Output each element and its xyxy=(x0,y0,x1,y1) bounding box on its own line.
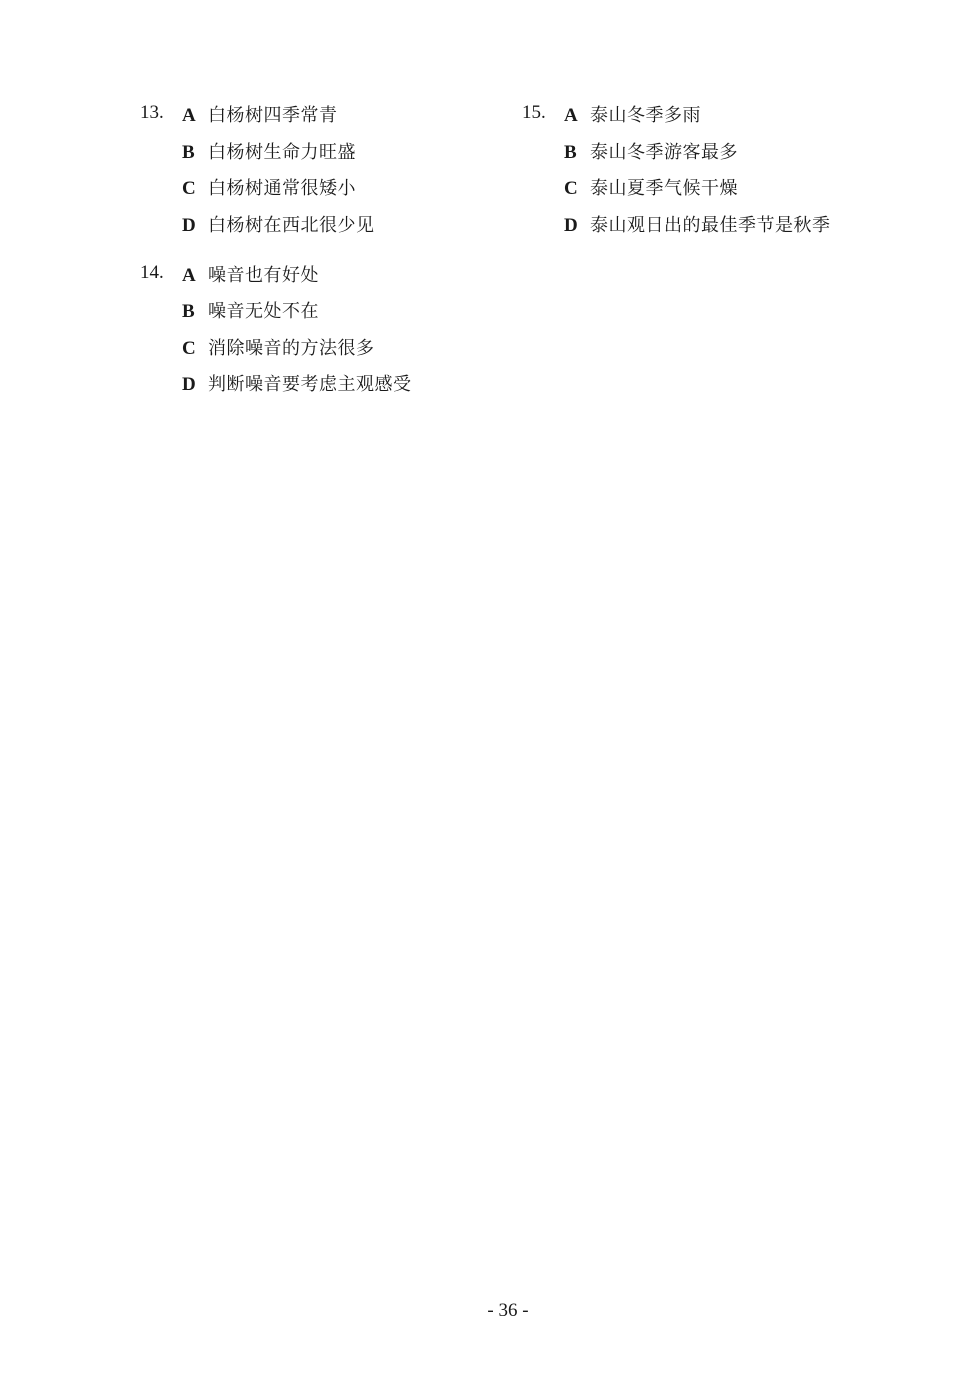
option-c: C泰山夏季气候干燥 xyxy=(564,174,738,204)
option-c: C消除噪音的方法很多 xyxy=(182,334,375,364)
page-number: - 36 - xyxy=(0,1300,960,1322)
option-b: B噪音无处不在 xyxy=(182,297,319,327)
option-c: C白杨树通常很矮小 xyxy=(182,174,356,204)
option-b: B泰山冬季游客最多 xyxy=(564,138,738,168)
question-number: 13. xyxy=(140,102,164,124)
option-a: A泰山冬季多雨 xyxy=(564,101,701,131)
option-a: A噪音也有好处 xyxy=(182,261,319,291)
question-number: 14. xyxy=(140,262,164,284)
option-b: B白杨树生命力旺盛 xyxy=(182,138,356,168)
question-number: 15. xyxy=(522,102,546,124)
option-d: D判断噪音要考虑主观感受 xyxy=(182,370,412,400)
option-d: D白杨树在西北很少见 xyxy=(182,211,375,241)
option-d: D泰山观日出的最佳季节是秋季 xyxy=(564,211,831,241)
option-a: A白杨树四季常青 xyxy=(182,101,338,131)
